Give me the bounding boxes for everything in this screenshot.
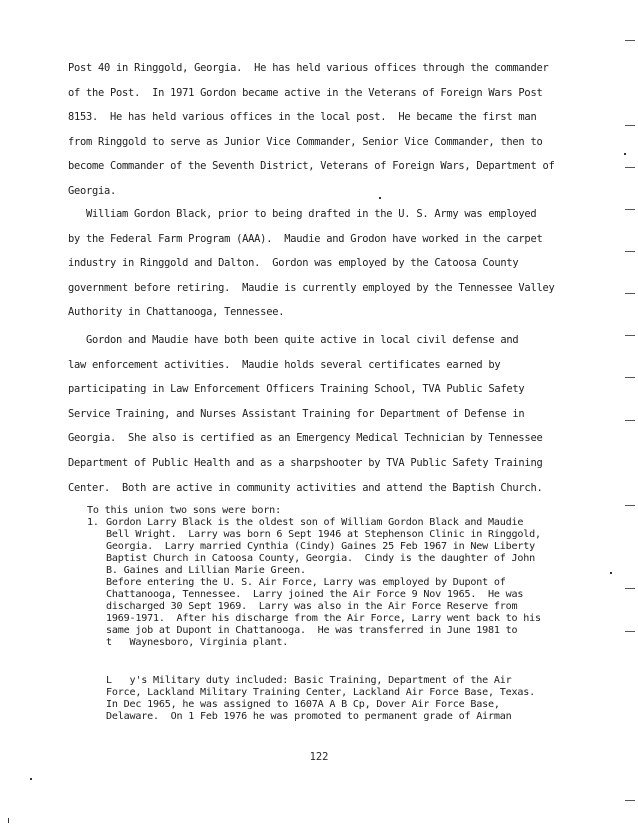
paragraph-before-air-force: Before entering the U. S. Air Force, Lar…: [106, 577, 638, 649]
text-line: 1.Gordon Larry Black is the oldest son o…: [87, 517, 638, 529]
text-line: t Waynesboro, Virginia plant.: [106, 637, 638, 649]
document-page: Post 40 in Ringgold, Georgia. He has hel…: [0, 0, 638, 825]
scan-margin-mark: [625, 588, 635, 589]
scan-margin-mark: [625, 631, 635, 632]
scan-speck: [379, 197, 381, 199]
text-line: same job at Dupont in Chattanooga. He wa…: [106, 625, 638, 637]
scan-margin-mark: [625, 420, 635, 421]
text-line: government before retiring. Maudie is cu…: [68, 276, 588, 301]
scan-margin-mark: [625, 125, 635, 126]
text-line: participating in Law Enforcement Officer…: [68, 377, 588, 402]
text-line: from Ringgold to serve as Junior Vice Co…: [68, 130, 588, 155]
text-line: 1969-1971. After his discharge from the …: [106, 613, 638, 625]
text-line: Delaware. On 1 Feb 1976 he was promoted …: [106, 711, 638, 723]
scan-margin-mark: [625, 800, 635, 801]
paragraph-vfw-service: Post 40 in Ringgold, Georgia. He has hel…: [68, 56, 588, 204]
list-number: 1.: [87, 517, 106, 529]
text-line: Bell Wright. Larry was born 6 Sept 1946 …: [87, 529, 638, 541]
scan-margin-mark: [625, 377, 635, 378]
scan-margin-mark: [625, 251, 635, 252]
scan-speck: [624, 153, 626, 155]
text-line: law enforcement activities. Maudie holds…: [68, 353, 588, 378]
paragraph-civil-defense: Gordon and Maudie have both been quite a…: [68, 328, 588, 500]
scan-speck: [610, 572, 612, 574]
text-span: Gordon Larry Black is the oldest son of …: [106, 517, 523, 528]
scan-margin-mark: [625, 293, 635, 294]
text-line: discharged 30 Sept 1969. Larry was also …: [106, 601, 638, 613]
paragraph-employment: William Gordon Black, prior to being dra…: [68, 202, 588, 325]
scan-margin-mark: [625, 209, 635, 210]
text-line: 8153. He has held various offices in the…: [68, 105, 588, 130]
text-line: Authority in Chattanooga, Tennessee.: [68, 300, 588, 325]
text-line: Georgia.: [68, 179, 588, 204]
text-line: Force, Lackland Military Training Center…: [106, 687, 638, 699]
paragraph-military-duty: L y's Military duty included: Basic Trai…: [106, 675, 638, 723]
text-line: industry in Ringgold and Dalton. Gordon …: [68, 251, 588, 276]
text-line: Service Training, and Nurses Assistant T…: [68, 402, 588, 427]
text-line: To this union two sons were born:: [87, 505, 638, 517]
scan-margin-mark: [625, 40, 635, 41]
page-number: 122: [0, 751, 638, 763]
text-line: Georgia. Larry married Cynthia (Cindy) G…: [87, 541, 638, 553]
scan-margin-mark: [625, 167, 635, 168]
text-line: by the Federal Farm Program (AAA). Maudi…: [68, 227, 588, 252]
text-line: Before entering the U. S. Air Force, Lar…: [106, 577, 638, 589]
text-line: Center. Both are active in community act…: [68, 476, 588, 501]
text-line: Georgia. She also is certified as an Eme…: [68, 426, 588, 451]
scan-margin-mark: [625, 505, 635, 506]
text-line: In Dec 1965, he was assigned to 1607A A …: [106, 699, 638, 711]
text-line: Baptist Church in Catoosa County, Georgi…: [87, 553, 638, 565]
text-line: L y's Military duty included: Basic Trai…: [106, 675, 638, 687]
text-line: become Commander of the Seventh District…: [68, 154, 588, 179]
scan-margin-mark: [8, 818, 9, 823]
text-line: Gordon and Maudie have both been quite a…: [68, 328, 588, 353]
text-line: of the Post. In 1971 Gordon became activ…: [68, 81, 588, 106]
scan-margin-mark: [625, 335, 635, 336]
list-item-gordon-larry-black: 1.Gordon Larry Black is the oldest son o…: [87, 517, 638, 577]
text-line: Post 40 in Ringgold, Georgia. He has hel…: [68, 56, 588, 81]
text-line: Chattanooga, Tennessee. Larry joined the…: [106, 589, 638, 601]
text-line: William Gordon Black, prior to being dra…: [68, 202, 588, 227]
text-line: B. Gaines and Lillian Marie Green.: [87, 565, 638, 577]
text-line: Department of Public Health and as a sha…: [68, 451, 588, 476]
scan-speck: [30, 778, 32, 780]
sons-intro: To this union two sons were born:: [87, 505, 638, 517]
